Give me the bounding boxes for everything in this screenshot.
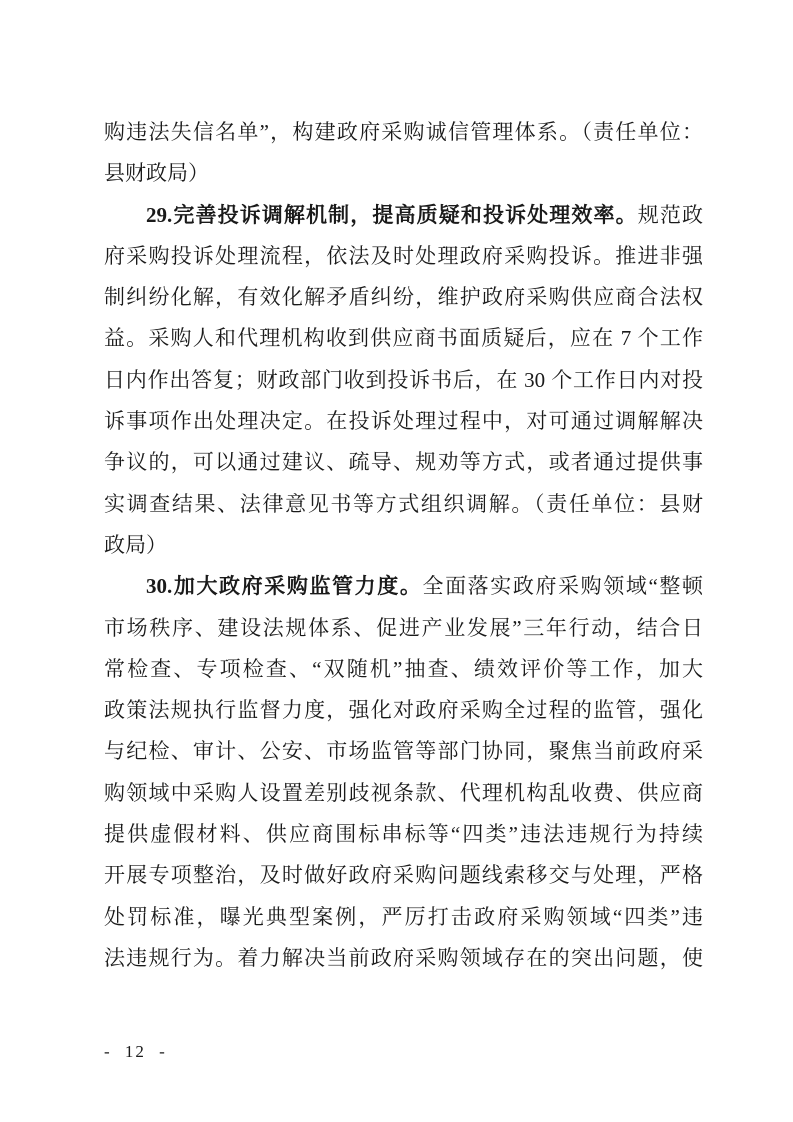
page-number: - 12 -	[104, 1041, 167, 1063]
text-line: 29.完善投诉调解机制，提高质疑和投诉处理效率。规范政	[104, 195, 703, 236]
body-segment: 争议的，可以通过建议、疏导、规劝等方式，或者通过提供事	[104, 450, 703, 474]
body-segment: 全面落实政府采购领域“整顿	[422, 574, 703, 598]
text-line: 日内作出答复；财政部门收到投诉书后，在 30 个工作日内对投	[104, 360, 703, 401]
document-lines: 购违法失信名单”，构建政府采购诚信管理体系。（责任单位：县财政局）29.完善投诉…	[104, 112, 703, 979]
body-segment: 政策法规执行监督力度，强化对政府采购全过程的监管，强化	[104, 698, 703, 722]
text-line: 开展专项整治，及时做好政府采购问题线索移交与处理，严格	[104, 855, 703, 896]
body-segment: 购违法失信名单”，构建政府采购诚信管理体系。（责任单位：	[104, 120, 703, 144]
body-segment: 日内作出答复；财政部门收到投诉书后，在 30 个工作日内对投	[104, 368, 703, 392]
body-segment: 开展专项整治，及时做好政府采购问题线索移交与处理，严格	[104, 863, 703, 887]
text-line: 诉事项作出处理决定。在投诉处理过程中，对可通过调解解决	[104, 401, 703, 442]
text-line: 政策法规执行监督力度，强化对政府采购全过程的监管，强化	[104, 690, 703, 731]
text-line: 市场秩序、建设法规体系、促进产业发展”三年行动，结合日	[104, 608, 703, 649]
body-segment: 法违规行为。着力解决当前政府采购领域存在的突出问题，使	[104, 946, 703, 970]
body-segment: 实调查结果、法律意见书等方式组织调解。（责任单位：县财	[104, 492, 703, 516]
body-segment: 制纠纷化解，有效化解矛盾纠纷，维护政府采购供应商合法权	[104, 285, 703, 309]
body-segment: 政局）	[104, 533, 167, 557]
body-segment: 府采购投诉处理流程，依法及时处理政府采购投诉。推进非强	[104, 244, 703, 268]
text-line: 益。采购人和代理机构收到供应商书面质疑后，应在 7 个工作	[104, 318, 703, 359]
body-segment: 处罚标准，曝光典型案例，严厉打击政府采购领域“四类”违	[104, 905, 703, 929]
document-page: 购违法失信名单”，构建政府采购诚信管理体系。（责任单位：县财政局）29.完善投诉…	[0, 0, 793, 1122]
text-line: 实调查结果、法律意见书等方式组织调解。（责任单位：县财	[104, 484, 703, 525]
text-line: 常检查、专项检查、“双随机”抽查、绩效评价等工作，加大	[104, 649, 703, 690]
text-line: 制纠纷化解，有效化解矛盾纠纷，维护政府采购供应商合法权	[104, 277, 703, 318]
body-segment: 提供虚假材料、供应商围标串标等“四类”违法违规行为持续	[104, 822, 703, 846]
heading-segment: 29.完善投诉调解机制，提高质疑和投诉处理效率。	[146, 203, 638, 227]
text-line: 与纪检、审计、公安、市场监管等部门协同，聚焦当前政府采	[104, 731, 703, 772]
body-segment: 市场秩序、建设法规体系、促进产业发展”三年行动，结合日	[104, 616, 703, 640]
text-line: 法违规行为。着力解决当前政府采购领域存在的突出问题，使	[104, 938, 703, 979]
body-segment: 县财政局）	[104, 161, 209, 185]
text-line: 购领域中采购人设置差别歧视条款、代理机构乱收费、供应商	[104, 773, 703, 814]
body-segment: 益。采购人和代理机构收到供应商书面质疑后，应在 7 个工作	[104, 326, 703, 350]
text-line: 提供虚假材料、供应商围标串标等“四类”违法违规行为持续	[104, 814, 703, 855]
body-segment: 规范政	[638, 203, 703, 227]
text-line: 政局）	[104, 525, 703, 566]
body-segment: 诉事项作出处理决定。在投诉处理过程中，对可通过调解解决	[104, 409, 703, 433]
text-line: 30.加大政府采购监管力度。全面落实政府采购领域“整顿	[104, 566, 703, 607]
text-line: 县财政局）	[104, 153, 703, 194]
text-line: 处罚标准，曝光典型案例，严厉打击政府采购领域“四类”违	[104, 897, 703, 938]
text-line: 争议的，可以通过建议、疏导、规劝等方式，或者通过提供事	[104, 442, 703, 483]
heading-segment: 30.加大政府采购监管力度。	[146, 574, 422, 598]
body-segment: 购领域中采购人设置差别歧视条款、代理机构乱收费、供应商	[104, 781, 703, 805]
body-segment: 常检查、专项检查、“双随机”抽查、绩效评价等工作，加大	[104, 657, 703, 681]
text-line: 购违法失信名单”，构建政府采购诚信管理体系。（责任单位：	[104, 112, 703, 153]
text-line: 府采购投诉处理流程，依法及时处理政府采购投诉。推进非强	[104, 236, 703, 277]
body-segment: 与纪检、审计、公安、市场监管等部门协同，聚焦当前政府采	[104, 739, 703, 763]
